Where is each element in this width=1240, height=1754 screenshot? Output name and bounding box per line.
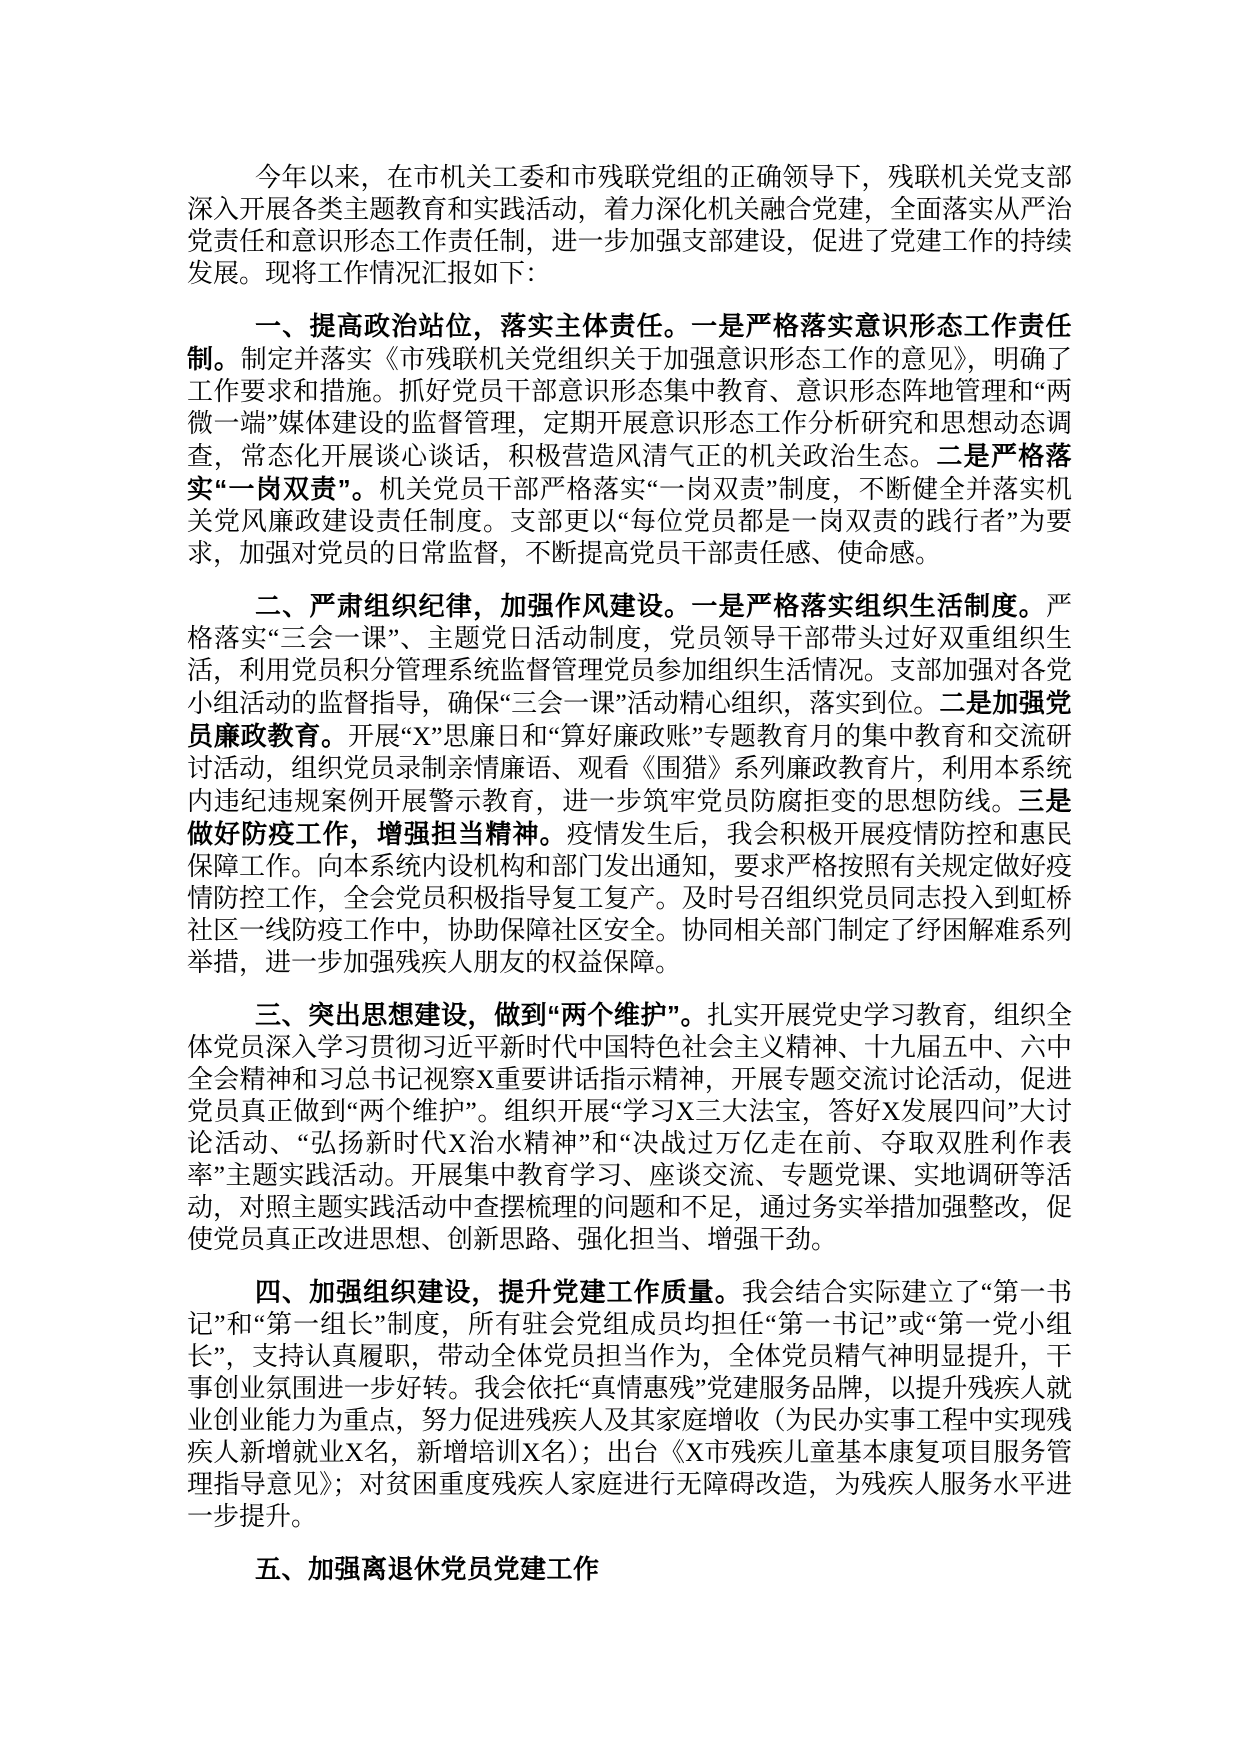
text-run: 我会结合实际建立了“第一书记”和“第一组长”制度，所有驻会党组成员均担任“第一书… xyxy=(187,1278,1072,1531)
paragraph: 四、加强组织建设，提升党建工作质量。我会结合实际建立了“第一书记”和“第一组长”… xyxy=(187,1276,1072,1533)
document-body: 今年以来，在市机关工委和市残联党组的正确领导下，残联机关党支部深入开展各类主题教… xyxy=(187,162,1072,1586)
text-run: 扎实开展党史学习教育，组织全体党员深入学习贯彻习近平新时代中国特色社会主义精神、… xyxy=(187,1001,1072,1254)
text-run: 今年以来，在市机关工委和市残联党组的正确领导下，残联机关党支部深入开展各类主题教… xyxy=(187,163,1072,288)
paragraph: 三、突出思想建设，做到“两个维护”。扎实开展党史学习教育，组织全体党员深入学习贯… xyxy=(187,999,1072,1256)
paragraph: 二、严肃组织纪律，加强作风建设。一是严格落实组织生活制度。严格落实“三会一课”、… xyxy=(187,590,1072,979)
document-page: 今年以来，在市机关工委和市残联党组的正确领导下，残联机关党支部深入开展各类主题教… xyxy=(0,0,1240,1754)
paragraph: 五、加强离退休党员党建工作 xyxy=(187,1553,1072,1586)
paragraph: 今年以来，在市机关工委和市残联党组的正确领导下，残联机关党支部深入开展各类主题教… xyxy=(187,162,1072,290)
text-run-bold: 五、加强离退休党员党建工作 xyxy=(255,1554,600,1584)
text-run-bold: 三、突出思想建设，做到“两个维护”。 xyxy=(255,1000,707,1030)
text-run-bold: 二、严肃组织纪律，加强作风建设。一是严格落实组织生活制度。 xyxy=(255,591,1046,621)
paragraph: 一、提高政治站位，落实主体责任。一是严格落实意识形态工作责任制。制定并落实《市残… xyxy=(187,310,1072,570)
text-run-bold: 四、加强组织建设，提升党建工作质量。 xyxy=(255,1277,742,1307)
